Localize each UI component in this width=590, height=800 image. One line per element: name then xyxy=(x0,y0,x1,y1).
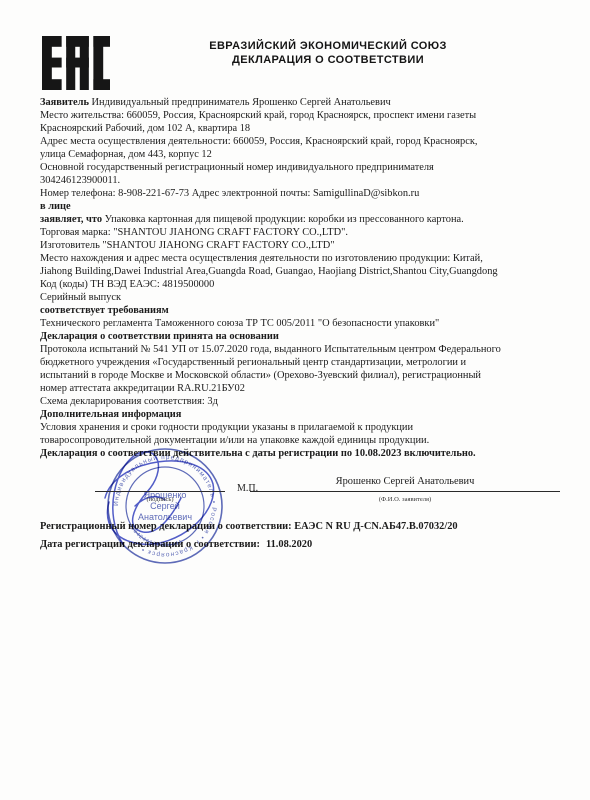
signature-line xyxy=(95,491,225,492)
title-declaration: ДЕКЛАРАЦИЯ О СООТВЕТСТВИИ xyxy=(115,53,541,67)
doc-line: заявляет, что Упаковка картонная для пищ… xyxy=(40,213,566,226)
doc-line: Декларация о соответствии принята на осн… xyxy=(40,330,566,343)
signature-caption: (подпись) xyxy=(95,493,225,506)
doc-line: в лице xyxy=(40,200,566,213)
doc-line: улица Семафорная, дом 443, корпус 12 xyxy=(40,148,566,161)
doc-line: соответствует требованиям xyxy=(40,304,566,317)
declarant-name: Ярошенко Сергей Анатольевич xyxy=(250,475,560,488)
declarant-name-line xyxy=(250,491,560,492)
stamp-seal: Индивидуальный предприниматель • Россия … xyxy=(103,444,227,568)
doc-line: Место жительства: 660059, Россия, Красно… xyxy=(40,109,566,122)
doc-line: 304246123900011. xyxy=(40,174,566,187)
declaration-document-page: ЕВРАЗИЙСКИЙ ЭКОНОМИЧЕСКИЙ СОЮЗ ДЕКЛАРАЦИ… xyxy=(0,0,590,800)
doc-line: Схема декларирования соответствия: 3д xyxy=(40,395,566,408)
doc-line: бюджетного учреждения «Государственный р… xyxy=(40,356,566,369)
eac-conformity-mark-icon xyxy=(42,36,110,90)
doc-line: номер аттестата аккредитации RA.RU.21БУ0… xyxy=(40,382,566,395)
doc-line: испытаний в городе Москве и Московской о… xyxy=(40,369,566,382)
document-title: ЕВРАЗИЙСКИЙ ЭКОНОМИЧЕСКИЙ СОЮЗ ДЕКЛАРАЦИ… xyxy=(115,39,541,67)
doc-line: Заявитель Индивидуальный предприниматель… xyxy=(40,96,566,109)
doc-line: Адрес места осуществления деятельности: … xyxy=(40,135,566,148)
title-union-name: ЕВРАЗИЙСКИЙ ЭКОНОМИЧЕСКИЙ СОЮЗ xyxy=(115,39,541,53)
registration-date-value: 11.08.2020 xyxy=(266,539,312,550)
doc-line: Изготовитель "SHANTOU JIAHONG CRAFT FACT… xyxy=(40,239,566,252)
doc-line: Код (коды) ТН ВЭД ЕАЭС: 4819500000 xyxy=(40,278,566,291)
declarant-name-caption: (Ф.И.О. заявителя) xyxy=(250,493,560,506)
svg-text:304246123900011: 304246123900011 xyxy=(129,526,184,549)
doc-line: Основной государственный регистрационный… xyxy=(40,161,566,174)
doc-line: Условия хранения и сроки годности продук… xyxy=(40,421,566,434)
doc-line: Серийный выпуск xyxy=(40,291,566,304)
doc-line: Дополнительная информация xyxy=(40,408,566,421)
doc-line: Номер телефона: 8-908-221-67-73 Адрес эл… xyxy=(40,187,566,200)
doc-line: Место нахождения и адрес места осуществл… xyxy=(40,252,566,265)
stamp-name-line3: Анатольевич xyxy=(138,512,192,522)
document-body: Заявитель Индивидуальный предприниматель… xyxy=(40,96,566,551)
doc-line: Jiahong Building,Dawei Industrial Area,G… xyxy=(40,265,566,278)
doc-line: Технического регламента Таможенного союз… xyxy=(40,317,566,330)
stamp-ogrn-number: 304246123900011 xyxy=(129,526,184,549)
signature-block: Индивидуальный предприниматель • Россия … xyxy=(40,460,566,520)
doc-line: Протокола испытаний № 541 УП от 15.07.20… xyxy=(40,343,566,356)
registration-number-value: ЕАЭС N RU Д-CN.АБ47.В.07032/20 xyxy=(294,521,457,532)
doc-line: Торговая марка: "SHANTOU JIAHONG CRAFT F… xyxy=(40,226,566,239)
doc-line: Красноярский Рабочий, дом 102 А, квартир… xyxy=(40,122,566,135)
